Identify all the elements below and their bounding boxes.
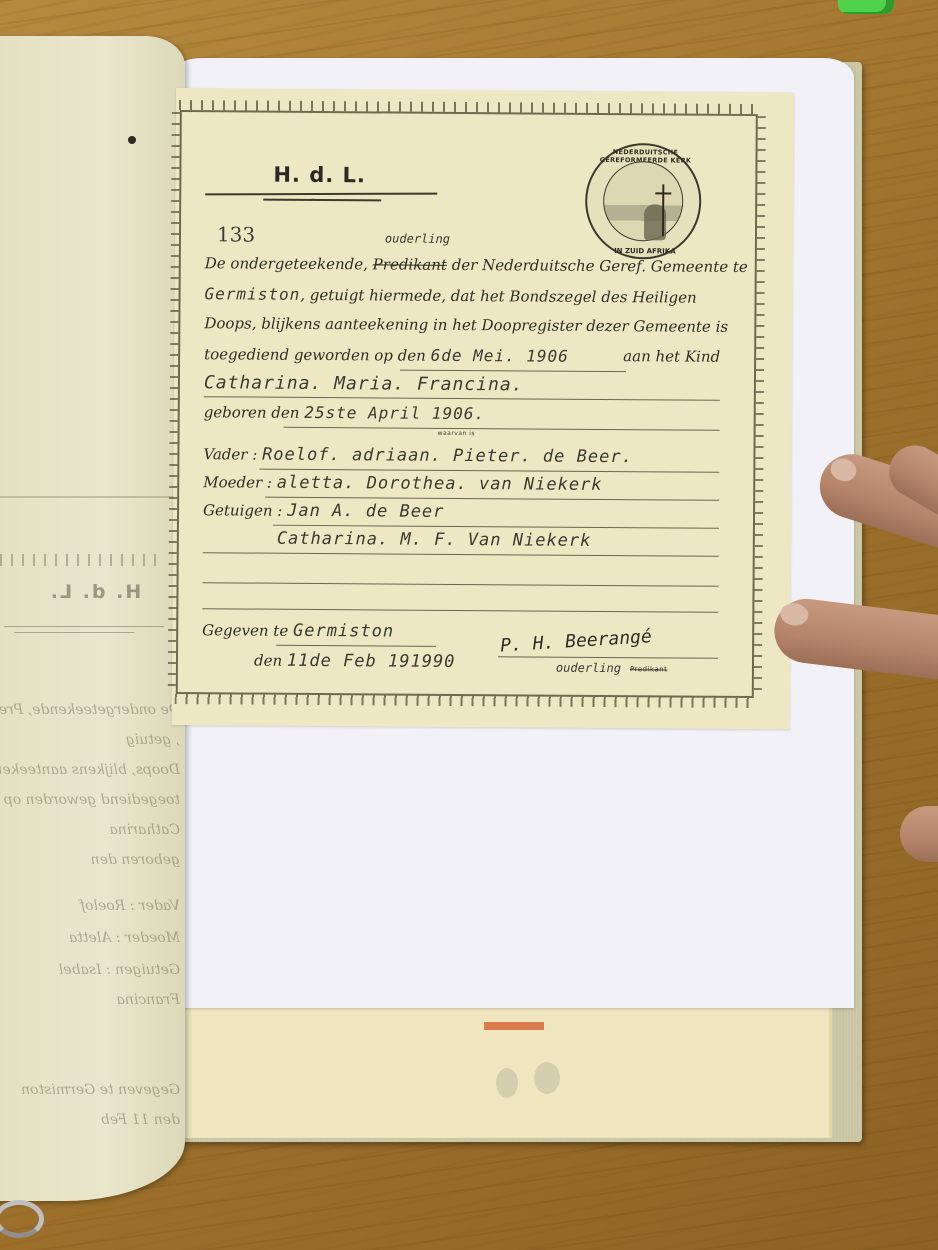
handwritten-mother-name: aletta. Dorothea. van Niekerk [277, 473, 603, 495]
ornamental-border-right [754, 116, 766, 696]
cross-icon [662, 184, 664, 236]
handwritten-witness-2: Catharina. M. F. Van Niekerk [277, 529, 592, 551]
green-clip [838, 0, 894, 14]
printed-text: , getuigt hiermede, dat het Bondszegel d… [300, 286, 697, 307]
mirror-ornamental-border [0, 554, 165, 566]
handwritten-witness-1: Jan A. de Beer [287, 501, 444, 522]
page-hole [128, 136, 136, 144]
printed-text: De ondergeteekende, [205, 254, 368, 273]
printed-text: Doops, blijkens aanteekening in het Doop… [204, 314, 728, 336]
bleed-text-line: Doops, blijkens aanteekeni [0, 762, 180, 778]
printed-text: toegediend geworden op den [204, 345, 426, 365]
handwritten-issued-place: Germiston [293, 621, 394, 642]
binder-ring [0, 1200, 44, 1238]
struck-signature-title: Predikant [630, 665, 667, 673]
ornament-icon: ⁀ [308, 199, 318, 213]
bleed-text-line: , getuig [0, 732, 180, 748]
bleed-text-line: Gegeven te Germiston [0, 1082, 180, 1098]
handwritten-birth-date: 25ste April 1906. [304, 403, 485, 423]
bleed-text-line: toegediend geworden op den [0, 792, 180, 808]
stain [496, 1068, 518, 1098]
handwritten-baptism-date: 6de Mei. 1906 [431, 346, 569, 366]
stain [534, 1062, 560, 1094]
bleed-text-line: Moeder : Aletta [0, 930, 180, 946]
inserted-title: ouderling [385, 231, 450, 245]
printed-text: geboren den [204, 403, 300, 422]
struck-text: Predikant [373, 255, 447, 274]
bleed-text-line: Getuigen : Isabel [0, 962, 180, 978]
bleed-text-line: den 11 Feb [0, 1112, 180, 1128]
certificate-header: H. d. L. [273, 163, 366, 188]
mother-label: Moeder : [203, 473, 272, 491]
bleed-text-line: Vader : Roelof [0, 898, 180, 914]
church-seal-icon: NEDERDUITSCHE GEREFORMEERDE KERK IN ZUID… [585, 143, 702, 260]
handwritten-issued-date: 11de Feb 191990 [287, 651, 456, 672]
father-label: Vader : [203, 445, 257, 463]
page-fold-line [0, 496, 185, 498]
fingernail [779, 602, 809, 627]
issued-place-label: Gegeven te [202, 621, 288, 640]
handwritten-place: Germiston [204, 284, 300, 304]
fingernail [828, 455, 860, 484]
printed-text: der Nederduitsche Geref. Gemeente te [447, 256, 748, 276]
bleed-text-line: Catharina [0, 822, 180, 838]
mirror-rule [14, 632, 134, 633]
handwritten-father-name: Roelof. adriaan. Pieter. de Beer. [262, 445, 633, 468]
witnesses-label: Getuigen : [203, 501, 282, 520]
text-line-1: De ondergeteekende, Predikant der Nederd… [205, 254, 721, 284]
issued-date-label: den [254, 652, 282, 670]
printed-text: aan het Kind [623, 347, 720, 366]
baptism-certificate: H. d. L. ⁀ 133 NEDERDUITSCHE GEREFORMEER… [172, 88, 794, 729]
handwritten-child-name: Catharina. Maria. Francina. [204, 372, 524, 395]
seal-emblem [603, 161, 684, 242]
small-print: waarvan is [438, 430, 476, 437]
orange-stamp-mark [484, 1022, 544, 1030]
bleed-text-line: De ondergeteekende, Pre [0, 702, 180, 718]
text-line-2: Germiston, getuigt hiermede, dat het Bon… [204, 284, 720, 314]
bleed-text-line: Francina [0, 992, 180, 1008]
mirror-rule [4, 626, 164, 627]
seal-bottom-text: IN ZUID AFRIKA [587, 247, 703, 256]
finger [900, 806, 938, 862]
certificate-number: 133 [217, 222, 255, 246]
signature-title: ouderling [556, 661, 621, 675]
mirror-header: H. d. L. [20, 581, 170, 603]
bleed-text-line: geboren den [0, 852, 180, 868]
left-page[interactable]: H. d. L. De ondergeteekende, Pre , getui… [0, 36, 185, 1201]
text-line-3: Doops, blijkens aanteekening in het Doop… [204, 314, 720, 344]
